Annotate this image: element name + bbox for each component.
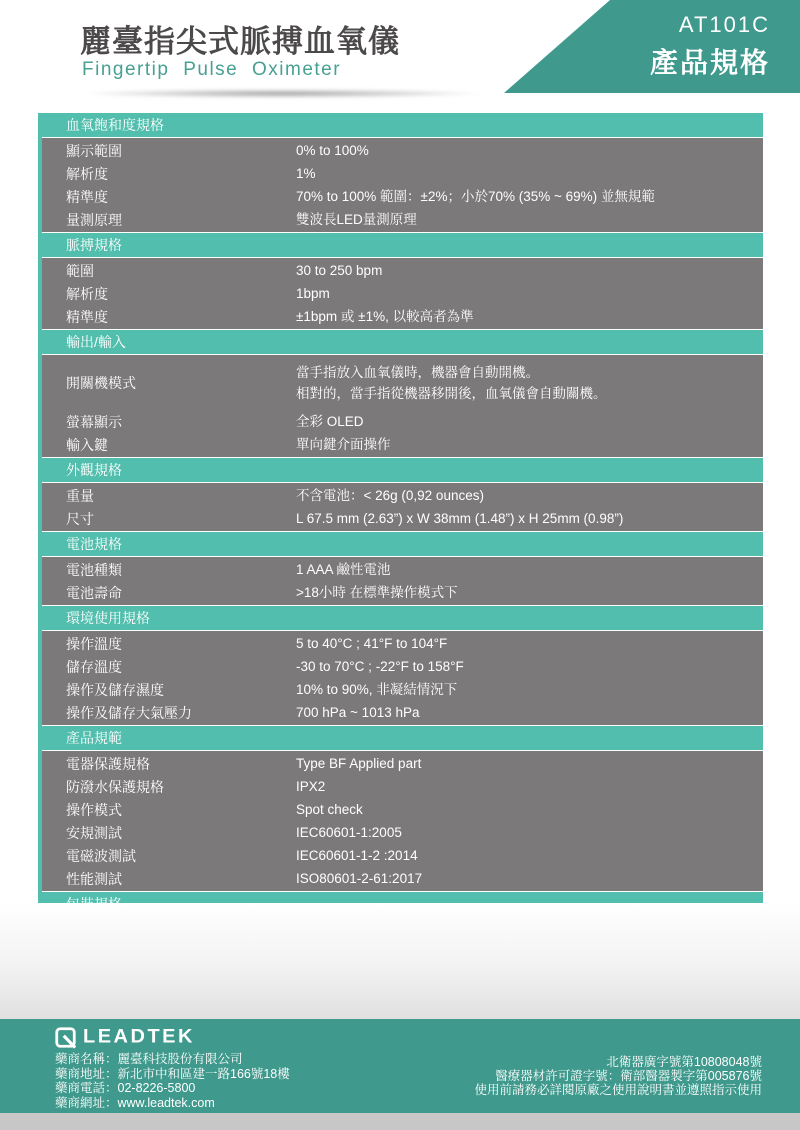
vendor-phone-line: 藥商電話：02-8226-5800: [55, 1081, 290, 1096]
spec-label: 電器保護規格: [42, 754, 296, 774]
spec-label: 防潑水保護規格: [42, 777, 296, 797]
section-rows: 操作溫度5 to 40°C ; 41°F to 104°F儲存溫度-30 to …: [42, 631, 763, 725]
badge-label: 產品規格: [504, 41, 770, 81]
spec-value: 1 AAA 鹼性電池: [296, 561, 763, 578]
spec-label: 顯示範圍: [42, 141, 296, 161]
spec-label: 量測原理: [42, 210, 296, 230]
spec-value: 700 hPa ~ 1013 hPa: [296, 704, 763, 721]
spec-row: 操作模式Spot check: [42, 798, 763, 821]
spec-label: 螢幕顯示: [42, 412, 296, 432]
spec-value: L 67.5 mm (2.63”) x W 38mm (1.48”) x H 2…: [296, 510, 763, 527]
bottom-strip: [0, 1113, 800, 1130]
spec-row: 電磁波測試IEC60601-1-2 :2014: [42, 844, 763, 867]
spec-value: Spot check: [296, 801, 763, 818]
spec-label: 操作及儲存大氣壓力: [42, 703, 296, 723]
regulatory-usage-notice: 使用前請務必詳閱原廠之使用說明書並遵照指示使用: [474, 1083, 762, 1097]
spec-row: 電器保護規格Type BF Applied part: [42, 752, 763, 775]
model-number: AT101C: [504, 12, 770, 38]
spec-label: 重量: [42, 486, 296, 506]
spec-label: 操作模式: [42, 800, 296, 820]
footer: LEADTEK 藥商名稱：麗臺科技股份有限公司 藥商地址：新北市中和區建一路16…: [0, 1019, 800, 1113]
spec-table: 血氧飽和度規格顯示範圍0% to 100%解析度1%精準度70% to 100%…: [38, 113, 763, 942]
spec-row: 電池壽命>18小時 在標準操作模式下: [42, 581, 763, 604]
spec-value: 不含電池：< 26g (0,92 ounces): [296, 487, 763, 504]
spec-label: 電池種類: [42, 560, 296, 580]
model-badge: AT101C 產品規格: [504, 0, 800, 93]
spec-label: 精準度: [42, 187, 296, 207]
spec-value: 雙波長LED量測原理: [296, 211, 763, 228]
spec-row: 電池種類1 AAA 鹼性電池: [42, 558, 763, 581]
spec-label: 電池壽命: [42, 583, 296, 603]
spec-value: IEC60601-1:2005: [296, 824, 763, 841]
spec-row: 操作溫度5 to 40°C ; 41°F to 104°F: [42, 632, 763, 655]
spec-value: 1%: [296, 165, 763, 182]
page-subtitle: Fingertip Pulse Oximeter: [82, 59, 341, 81]
section-rows: 顯示範圍0% to 100%解析度1%精準度70% to 100% 範圍：±2%…: [42, 138, 763, 232]
vendor-address-line: 藥商地址：新北市中和區建一路166號18樓: [55, 1067, 290, 1082]
spec-value: ±1bpm 或 ±1%, 以較高者為準: [296, 308, 763, 325]
section-header: 環境使用規格: [42, 606, 763, 630]
spec-row: 性能測試ISO80601-2-61:2017: [42, 867, 763, 890]
spec-row: 解析度1bpm: [42, 282, 763, 305]
section-header: 外觀規格: [42, 458, 763, 482]
spec-row: 螢幕顯示全彩 OLED: [42, 410, 763, 433]
spec-row: 顯示範圍0% to 100%: [42, 139, 763, 162]
section-header: 輸出/輸入: [42, 330, 763, 354]
vendor-name-line: 藥商名稱：麗臺科技股份有限公司: [55, 1052, 290, 1067]
spec-label: 電磁波測試: [42, 846, 296, 866]
spec-value: 0% to 100%: [296, 142, 763, 159]
spec-value: 全彩 OLED: [296, 413, 763, 430]
spec-row: 精準度±1bpm 或 ±1%, 以較高者為準: [42, 305, 763, 328]
spec-label: 尺寸: [42, 509, 296, 529]
spec-label: 操作溫度: [42, 634, 296, 654]
spec-label: 精準度: [42, 307, 296, 327]
section-rows: 電池種類1 AAA 鹼性電池電池壽命>18小時 在標準操作模式下: [42, 557, 763, 605]
section-rows: 重量不含電池：< 26g (0,92 ounces)尺寸L 67.5 mm (2…: [42, 483, 763, 531]
spec-row: 範圍30 to 250 bpm: [42, 259, 763, 282]
spec-value: IEC60601-1-2 :2014: [296, 847, 763, 864]
section-rows: 開關機模式當手指放入血氧儀時，機器會自動開機。 相對的，當手指從機器移開後，血氧…: [42, 355, 763, 457]
section-rows: 範圍30 to 250 bpm解析度1bpm精準度±1bpm 或 ±1%, 以較…: [42, 258, 763, 329]
spec-label: 安規測試: [42, 823, 296, 843]
section-header: 電池規格: [42, 532, 763, 556]
spec-row: 輸入鍵單向鍵介面操作: [42, 433, 763, 456]
spec-label: 範圍: [42, 261, 296, 281]
vendor-website-link[interactable]: 藥商網址：www.leadtek.com: [55, 1096, 290, 1111]
regulatory-ad-number: 北衛器廣字號第10808048號: [474, 1055, 762, 1069]
spec-row: 開關機模式當手指放入血氧儀時，機器會自動開機。 相對的，當手指從機器移開後，血氧…: [42, 356, 763, 410]
spec-value: 10% to 90%, 非凝結情況下: [296, 681, 763, 698]
spec-row: 重量不含電池：< 26g (0,92 ounces): [42, 484, 763, 507]
spec-value: 70% to 100% 範圍：±2%；小於70% (35% ~ 69%) 並無規…: [296, 188, 763, 205]
header-shadow: [30, 87, 590, 100]
spec-row: 操作及儲存大氣壓力700 hPa ~ 1013 hPa: [42, 701, 763, 724]
spec-label: 輸入鍵: [42, 435, 296, 455]
spec-label: 操作及儲存濕度: [42, 680, 296, 700]
spec-value: 5 to 40°C ; 41°F to 104°F: [296, 635, 763, 652]
leadtek-logo-icon: [55, 1027, 76, 1048]
spec-row: 操作及儲存濕度10% to 90%, 非凝結情況下: [42, 678, 763, 701]
spec-value: 單向鍵介面操作: [296, 436, 763, 453]
section-header: 血氧飽和度規格: [42, 113, 763, 137]
spec-row: 解析度1%: [42, 162, 763, 185]
spec-value: Type BF Applied part: [296, 755, 763, 772]
spec-label: 開關機模式: [42, 373, 296, 393]
spec-row: 安規測試IEC60601-1:2005: [42, 821, 763, 844]
spec-label: 解析度: [42, 284, 296, 304]
spec-value: 1bpm: [296, 285, 763, 302]
spec-row: 儲存溫度-30 to 70°C ; -22°F to 158°F: [42, 655, 763, 678]
spec-row: 防潑水保護規格IPX2: [42, 775, 763, 798]
section-header: 脈搏規格: [42, 233, 763, 257]
section-header: 產品規範: [42, 726, 763, 750]
spec-row: 量測原理雙波長LED量測原理: [42, 208, 763, 231]
spec-value: -30 to 70°C ; -22°F to 158°F: [296, 658, 763, 675]
spec-sheet-page: 麗臺指尖式脈搏血氧儀 Fingertip Pulse Oximeter AT10…: [0, 0, 800, 1130]
spec-value: 30 to 250 bpm: [296, 262, 763, 279]
regulatory-info: 北衛器廣字號第10808048號 醫療器材許可證字號：衛部醫器製字第005876…: [474, 1055, 762, 1097]
regulatory-license-number: 醫療器材許可證字號：衛部醫器製字第005876號: [474, 1069, 762, 1083]
spec-label: 解析度: [42, 164, 296, 184]
spec-label: 儲存溫度: [42, 657, 296, 677]
leadtek-logo-text: LEADTEK: [83, 1027, 195, 1049]
spec-value: IPX2: [296, 778, 763, 795]
spec-row: 精準度70% to 100% 範圍：±2%；小於70% (35% ~ 69%) …: [42, 185, 763, 208]
spec-value: 當手指放入血氧儀時，機器會自動開機。 相對的，當手指從機器移開後，血氧儀會自動關…: [296, 362, 763, 404]
section-rows: 電器保護規格Type BF Applied part防潑水保護規格IPX2操作模…: [42, 751, 763, 891]
spec-value: ISO80601-2-61:2017: [296, 870, 763, 887]
vendor-info: 藥商名稱：麗臺科技股份有限公司 藥商地址：新北市中和區建一路166號18樓 藥商…: [55, 1052, 290, 1110]
page-title: 麗臺指尖式脈搏血氧儀: [80, 16, 400, 61]
leadtek-logo: LEADTEK: [55, 1026, 195, 1049]
pre-footer-gradient: [0, 903, 800, 1019]
spec-value: >18小時 在標準操作模式下: [296, 584, 763, 601]
spec-row: 尺寸L 67.5 mm (2.63”) x W 38mm (1.48”) x H…: [42, 507, 763, 530]
spec-label: 性能測試: [42, 869, 296, 889]
